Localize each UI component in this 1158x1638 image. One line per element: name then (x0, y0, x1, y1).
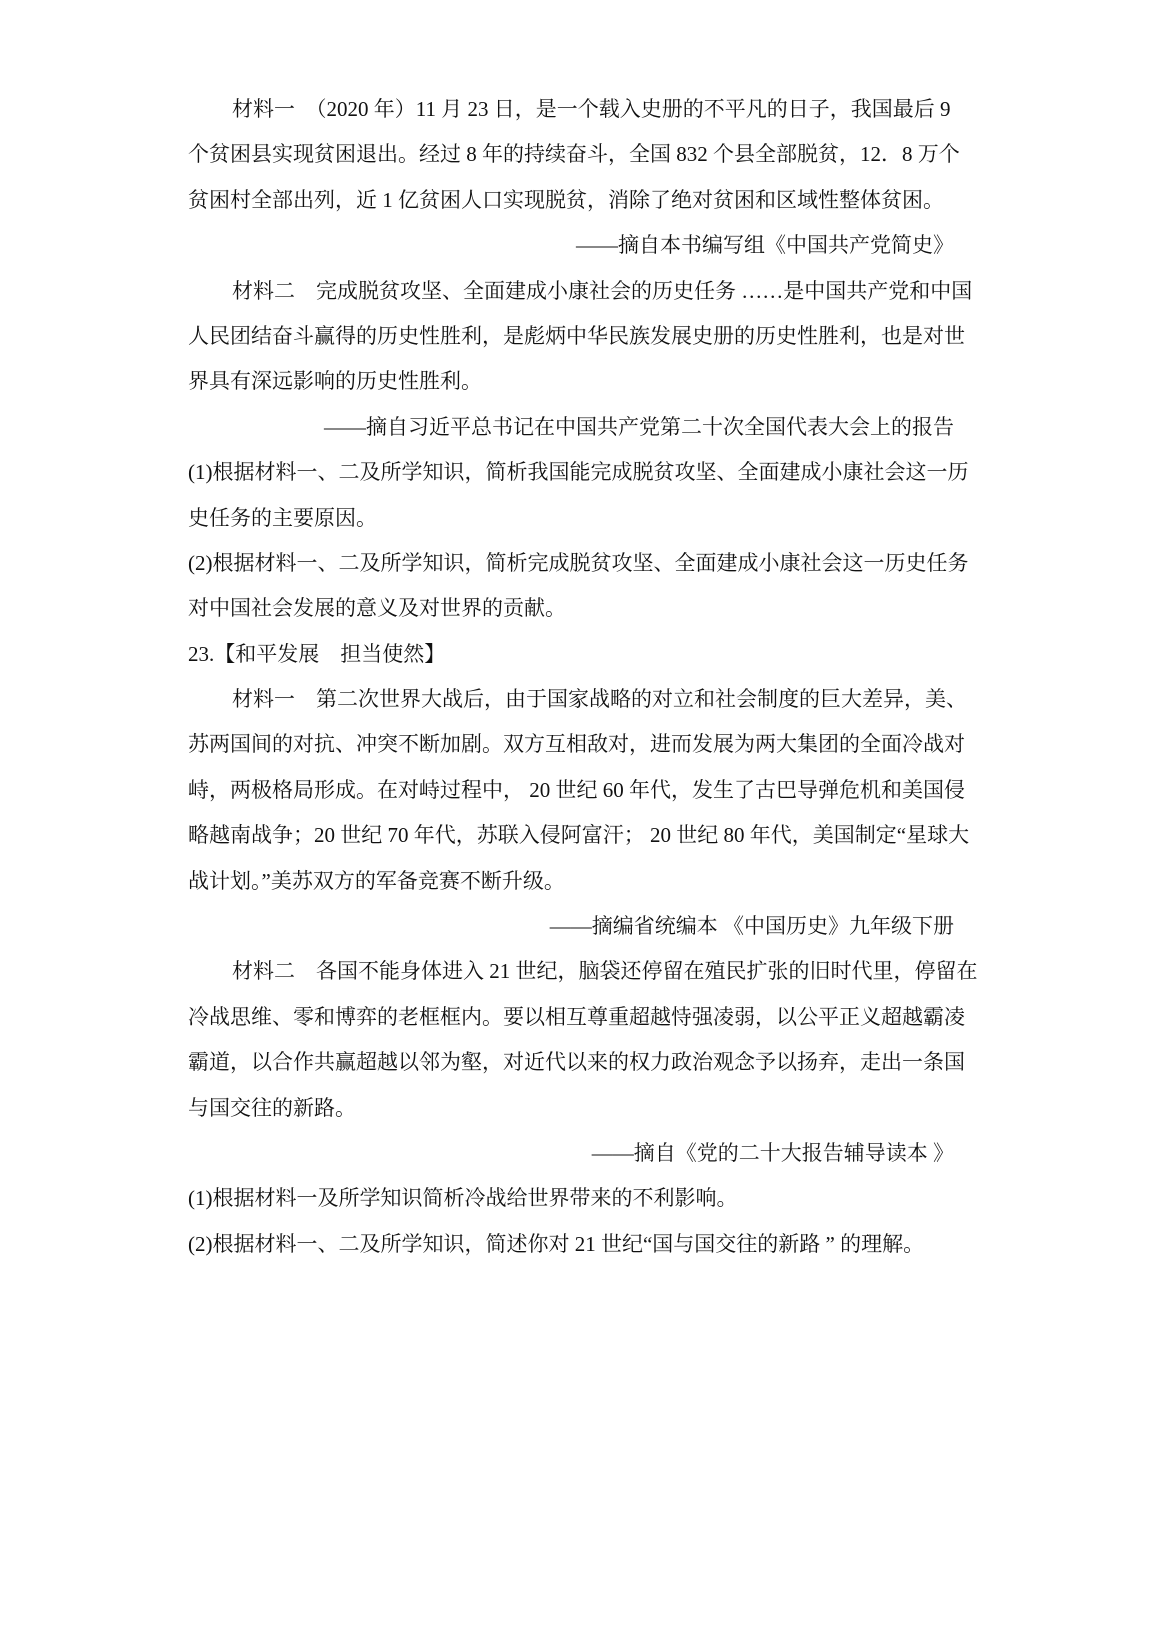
q23-material1-source: ——摘编省统编本 《中国历史》九年级下册 (188, 904, 954, 949)
document-page: 材料一 （2020 年）11 月 23 日，是一个载入史册的不平凡的日子，我国最… (0, 0, 1158, 1638)
q22-material1-line: 材料一 （2020 年）11 月 23 日，是一个载入史册的不平凡的日子，我国最… (188, 87, 954, 132)
q23-material2-line: 材料二 各国不能身体进入 21 世纪，脑袋还停留在殖民扩张的旧时代里，停留在 (188, 949, 954, 994)
q22-question-2-line: 对中国社会发展的意义及对世界的贡献。 (188, 586, 954, 631)
q23-material2-source: ——摘自《党的二十大报告辅导读本 》 (188, 1131, 954, 1176)
q22-material2-line: 材料二 完成脱贫攻坚、全面建成小康社会的历史任务 ……是中国共产党和中国 (188, 269, 954, 314)
q23-question-1-line: (1)根据材料一及所学知识简析冷战给世界带来的不利影响。 (188, 1176, 954, 1221)
q23-heading: 23.【和平发展 担当使然】 (188, 632, 954, 677)
q22-question-1-line: (1)根据材料一、二及所学知识，简析我国能完成脱贫攻坚、全面建成小康社会这一历 (188, 450, 954, 495)
q22-question-1-line: 史任务的主要原因。 (188, 496, 954, 541)
q22-material1-line: 个贫困县实现贫困退出。经过 8 年的持续奋斗，全国 832 个县全部脱贫，12．… (188, 132, 954, 177)
q23-material2-line: 与国交往的新路。 (188, 1086, 954, 1131)
q22-material2-source: ——摘自习近平总书记在中国共产党第二十次全国代表大会上的报告 (188, 405, 954, 450)
q23-question-2-line: (2)根据材料一、二及所学知识，简述你对 21 世纪“国与国交往的新路 ” 的理… (188, 1222, 954, 1267)
q23-material2-line: 霸道，以合作共赢超越以邻为壑，对近代以来的权力政治观念予以扬弃，走出一条国 (188, 1040, 954, 1085)
q22-material2-line: 人民团结奋斗赢得的历史性胜利，是彪炳中华民族发展史册的历史性胜利，也是对世 (188, 314, 954, 359)
q23-material1-line: 战计划。”美苏双方的军备竞赛不断升级。 (188, 859, 954, 904)
q23-material1-line: 峙，两极格局形成。在对峙过程中， 20 世纪 60 年代，发生了古巴导弹危机和美… (188, 768, 954, 813)
q22-question-2-line: (2)根据材料一、二及所学知识，简析完成脱贫攻坚、全面建成小康社会这一历史任务 (188, 541, 954, 586)
q23-material1-line: 苏两国间的对抗、冲突不断加剧。双方互相敌对，进而发展为两大集团的全面冷战对 (188, 722, 954, 767)
q23-material1-line: 略越南战争；20 世纪 70 年代，苏联入侵阿富汗； 20 世纪 80 年代，美… (188, 813, 954, 858)
q23-material2-line: 冷战思维、零和博弈的老框框内。要以相互尊重超越恃强凌弱，以公平正义超越霸凌 (188, 995, 954, 1040)
q22-material2-line: 界具有深远影响的历史性胜利。 (188, 359, 954, 404)
q22-material1-line: 贫困村全部出列，近 1 亿贫困人口实现脱贫，消除了绝对贫困和区域性整体贫困。 (188, 178, 954, 223)
q23-material1-line: 材料一 第二次世界大战后，由于国家战略的对立和社会制度的巨大差异，美、 (188, 677, 954, 722)
q22-material1-source: ——摘自本书编写组《中国共产党简史》 (188, 223, 954, 268)
exam-text-block: 材料一 （2020 年）11 月 23 日，是一个载入史册的不平凡的日子，我国最… (188, 87, 954, 1267)
